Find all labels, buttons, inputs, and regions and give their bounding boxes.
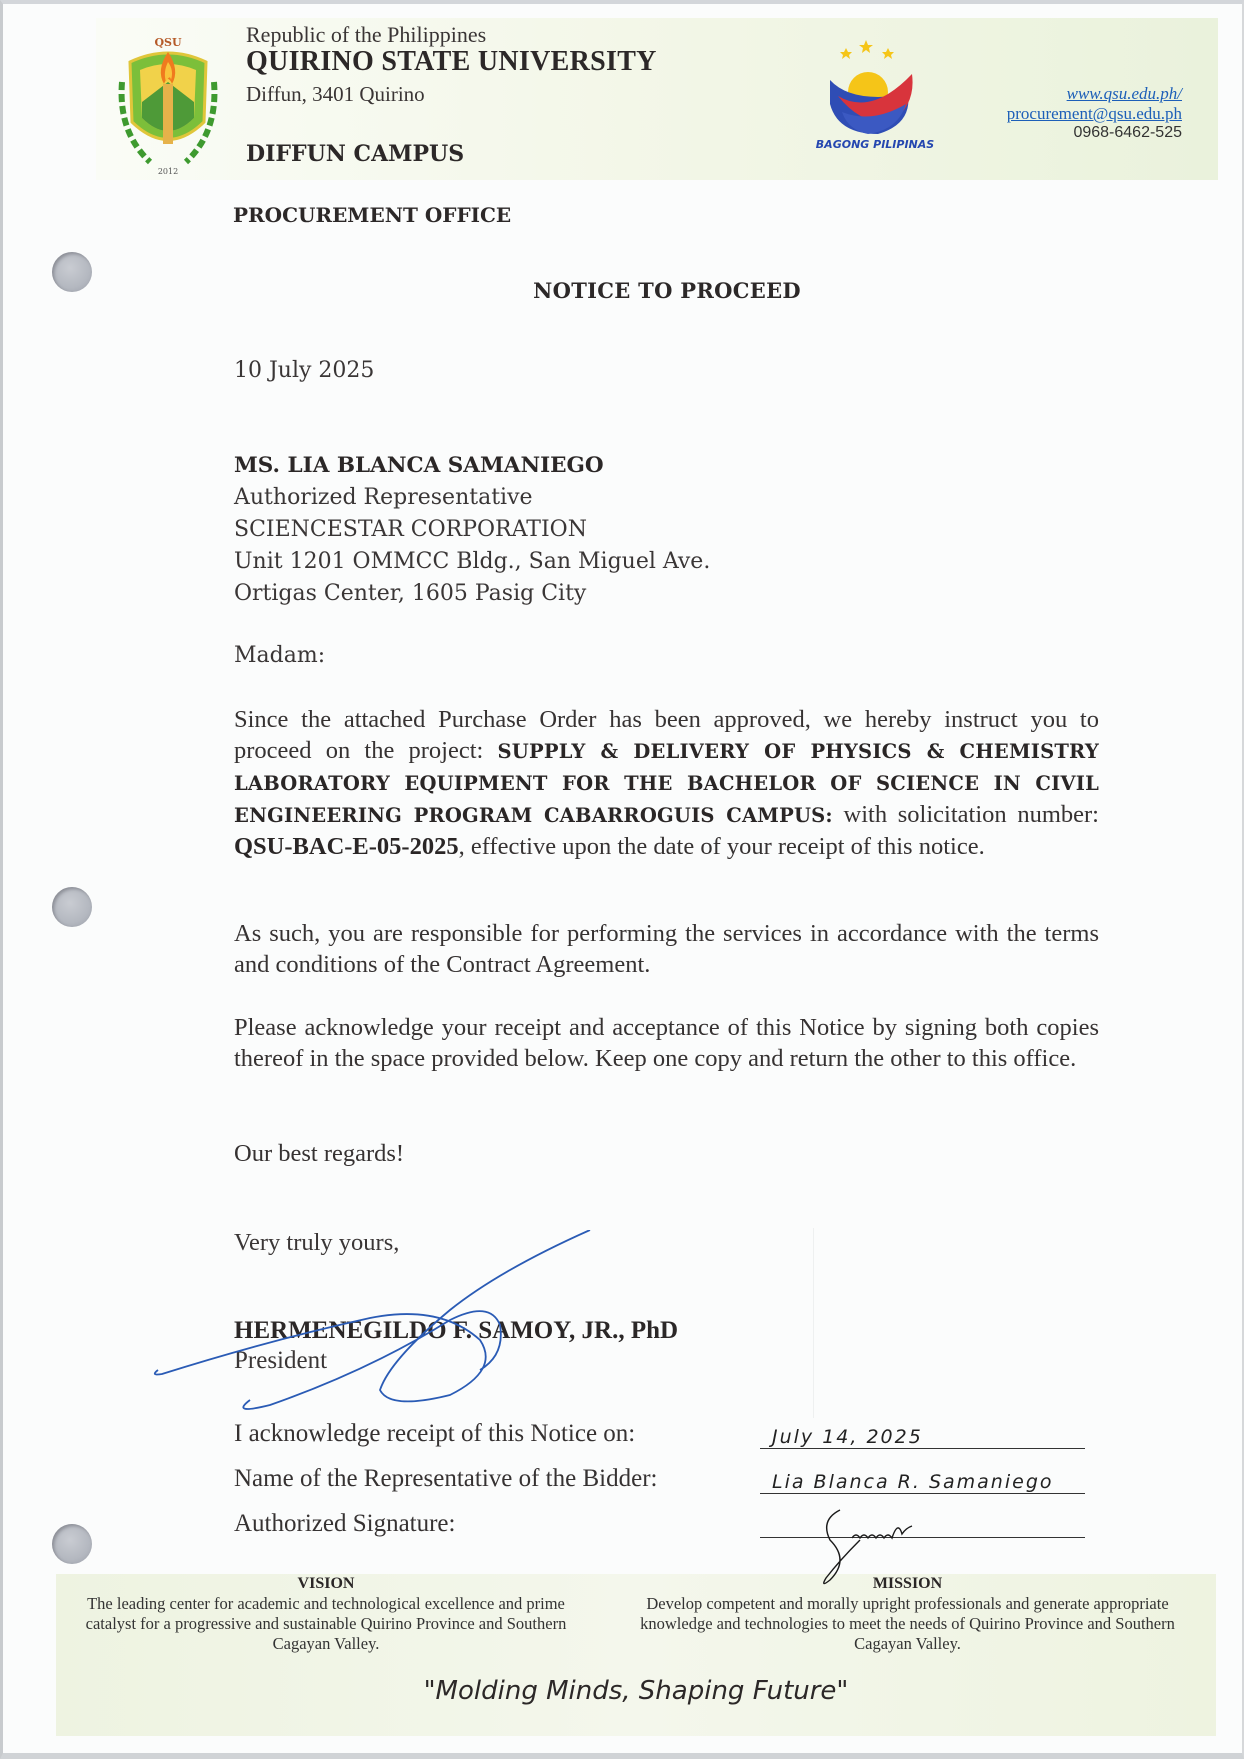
punch-hole xyxy=(52,887,92,927)
punch-hole xyxy=(52,252,92,292)
office-name: PROCUREMENT OFFICE xyxy=(233,203,511,227)
campus-name: DIFFUN CAMPUS xyxy=(246,141,464,167)
ack-representative-value: Lia Blanca R. Samaniego xyxy=(772,1471,1054,1493)
vision-text: The leading center for academic and tech… xyxy=(66,1594,586,1654)
punch-hole xyxy=(52,1524,92,1564)
paragraph-responsibility: As such, you are responsible for perform… xyxy=(234,918,1099,980)
ack-representative-label: Name of the Representative of the Bidder… xyxy=(234,1465,657,1493)
addressee-block: MS. LIA BLANCA SAMANIEGO Authorized Repr… xyxy=(234,450,1099,610)
phone-number: 0968-6462-525 xyxy=(1073,124,1182,142)
salutation: Madam: xyxy=(234,641,1099,671)
scan-artifact-line xyxy=(813,1228,814,1418)
addressee-name: MS. LIA BLANCA SAMANIEGO xyxy=(234,450,1099,482)
university-name: QUIRINO STATE UNIVERSITY xyxy=(246,46,657,78)
addressee-address-line2: Ortigas Center, 1605 Pasig City xyxy=(234,578,1099,610)
university-seal-icon: QSU 2012 xyxy=(108,22,228,182)
website-link[interactable]: www.qsu.edu.ph/ xyxy=(1067,84,1182,104)
addressee-company: SCIENCESTAR CORPORATION xyxy=(234,514,1099,546)
closing: Very truly yours, xyxy=(234,1228,1099,1258)
signer-name: HERMENEGILDO F. SAMOY, JR., PhD xyxy=(234,1316,1099,1346)
vision-block: VISION The leading center for academic a… xyxy=(66,1574,586,1654)
ack-receipt-value: July 14, 2025 xyxy=(772,1426,923,1448)
paragraph-instruction: Since the attached Purchase Order has be… xyxy=(234,704,1099,862)
svg-text:2012: 2012 xyxy=(158,167,178,176)
instruction-end: , effective upon the date of your receip… xyxy=(459,833,985,860)
mission-title: MISSION xyxy=(620,1574,1195,1594)
instruction-mid: with solicitation number: xyxy=(833,801,1099,828)
ack-representative-field[interactable]: Lia Blanca R. Samaniego xyxy=(760,1463,1085,1494)
solicitation-number: QSU-BAC-E-05-2025 xyxy=(234,833,459,860)
university-motto: "Molding Minds, Shaping Future" xyxy=(56,1676,1216,1706)
ack-signature-field[interactable] xyxy=(760,1507,1085,1538)
republic-text: Republic of the Philippines xyxy=(246,22,486,48)
paragraph-acknowledge: Please acknowledge your receipt and acce… xyxy=(234,1012,1099,1074)
bagong-pilipinas-logo-icon: BAGONG PILIPINAS xyxy=(812,34,938,150)
ack-receipt-label: I acknowledge receipt of this Notice on: xyxy=(234,1420,635,1448)
svg-text:QSU: QSU xyxy=(154,36,182,49)
document-title: NOTICE TO PROCEED xyxy=(0,278,1244,303)
page-border xyxy=(0,0,1244,1759)
letter-date: 10 July 2025 xyxy=(234,356,1099,386)
email-link[interactable]: procurement@qsu.edu.ph xyxy=(1007,104,1182,124)
svg-text:BAGONG PILIPINAS: BAGONG PILIPINAS xyxy=(816,138,934,150)
vision-title: VISION xyxy=(66,1574,586,1594)
paragraph-regards: Our best regards! xyxy=(234,1138,1099,1169)
addressee-position: Authorized Representative xyxy=(234,482,1099,514)
addressee-address-line1: Unit 1201 OMMCC Bldg., San Miguel Ave. xyxy=(234,546,1099,578)
ack-signature-label: Authorized Signature: xyxy=(234,1510,455,1538)
ack-receipt-field[interactable]: July 14, 2025 xyxy=(760,1418,1085,1449)
signer-title: President xyxy=(234,1346,1099,1376)
mission-text: Develop competent and morally upright pr… xyxy=(620,1594,1195,1654)
mission-block: MISSION Develop competent and morally up… xyxy=(620,1574,1195,1654)
university-address: Diffun, 3401 Quirino xyxy=(246,82,425,107)
